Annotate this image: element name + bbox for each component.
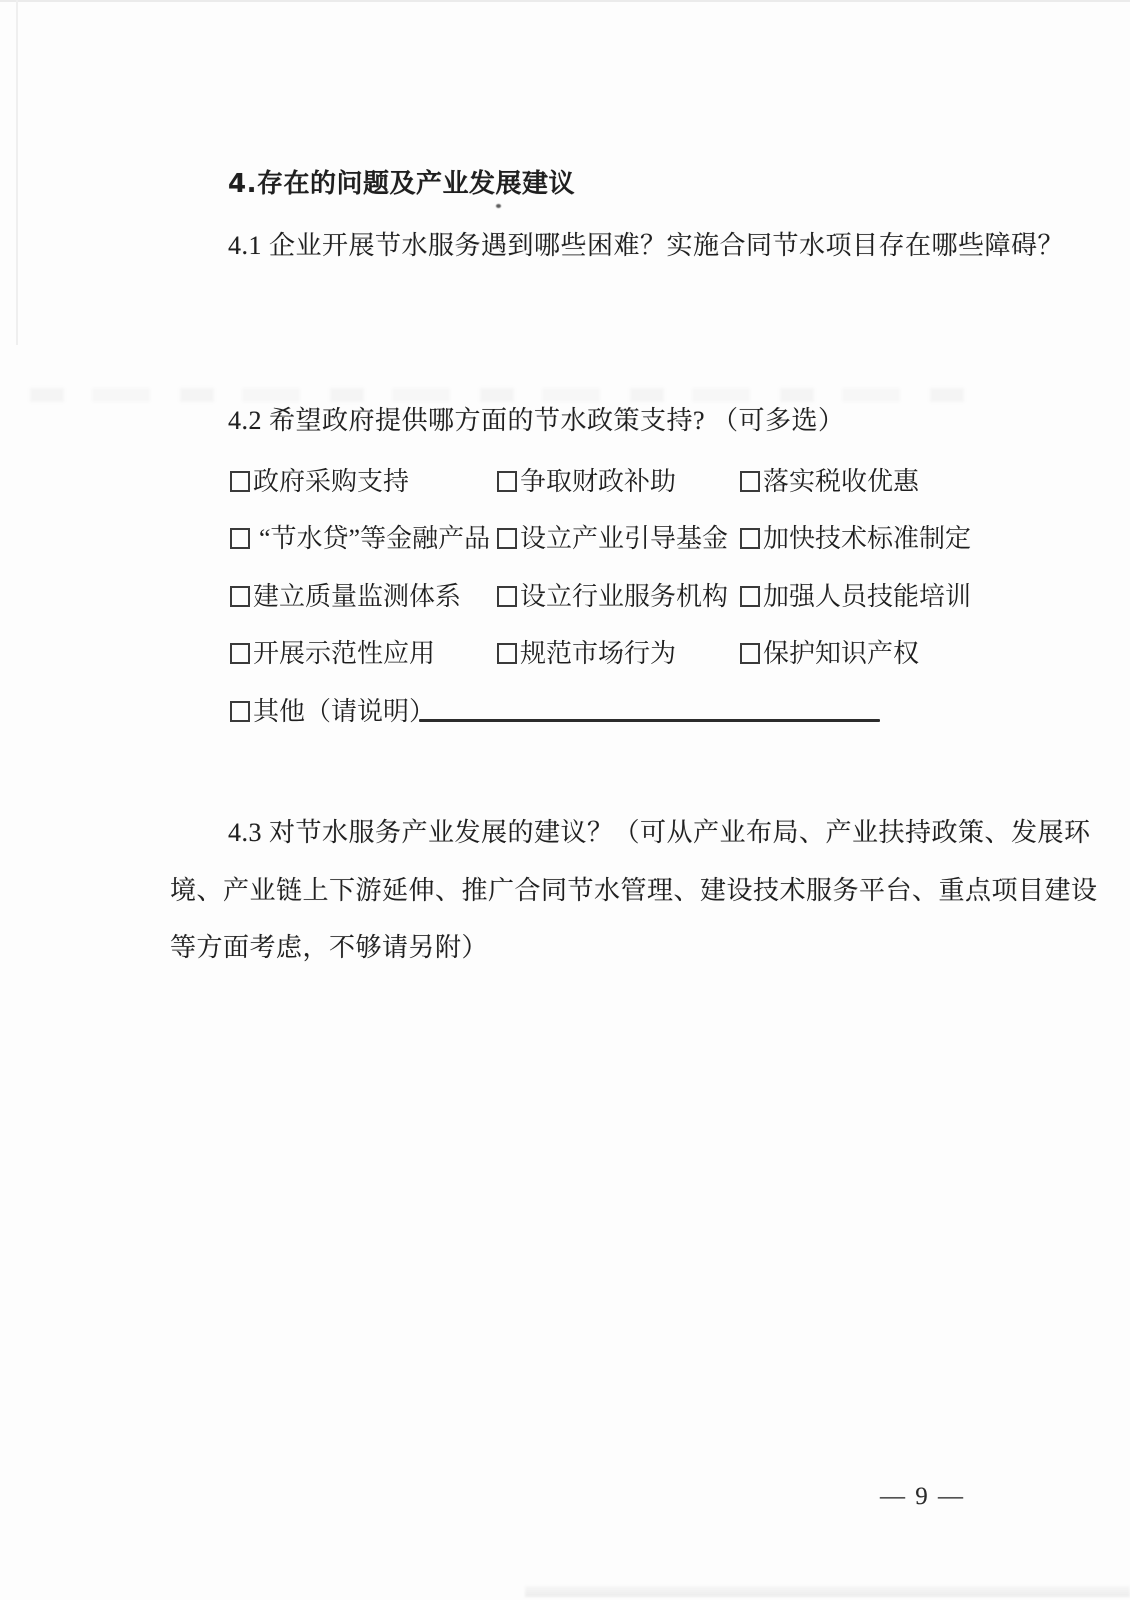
scan-artifact [0, 0, 1130, 2]
scanned-questionnaire-page: 4.存在的问题及产业发展建议 4.1 企业开展节水服务遇到哪些困难？实施合同节水… [0, 0, 1130, 1600]
checkbox-icon [740, 528, 760, 549]
checkbox-icon [497, 528, 517, 549]
question-4-3-line-1: 4.3 对节水服务产业发展的建议？（可从产业布局、产业扶持政策、发展环 [228, 816, 1091, 850]
checkbox-icon [497, 586, 517, 607]
option-label: 设立产业引导基金 [520, 524, 728, 553]
checkbox-icon [497, 471, 517, 492]
option-label: 争取财政补助 [520, 467, 676, 496]
option-skills-training[interactable]: 加强人员技能培训 [740, 576, 971, 613]
scan-artifact [16, 0, 18, 345]
page-number: — 9 — [880, 1483, 965, 1511]
option-label: 加强人员技能培训 [763, 582, 971, 611]
checkbox-icon [230, 528, 250, 549]
option-label: 建立质量监测体系 [253, 582, 461, 611]
option-label: 设立行业服务机构 [520, 582, 728, 611]
option-label: 规范市场行为 [520, 639, 676, 668]
other-input-line[interactable] [419, 719, 880, 722]
option-label: 落实税收优惠 [763, 467, 919, 496]
question-4-2: 4.2 希望政府提供哪方面的节水政策支持? （可多选） [228, 404, 845, 438]
section-title: 4.存在的问题及产业发展建议 [228, 167, 575, 201]
option-ip-protection[interactable]: 保护知识产权 [740, 633, 919, 670]
other-input-value[interactable] [424, 690, 874, 720]
checkbox-icon [740, 586, 760, 607]
scan-artifact [30, 388, 990, 402]
checkbox-icon [740, 471, 760, 492]
option-quality-monitoring[interactable]: 建立质量监测体系 [230, 576, 461, 613]
option-water-saving-loan[interactable]: “节水贷”等金融产品 [230, 518, 490, 555]
option-market-regulation[interactable]: 规范市场行为 [497, 633, 676, 670]
option-label: “节水贷”等金融产品 [259, 524, 490, 553]
scan-artifact [496, 204, 501, 208]
option-label: 保护知识产权 [763, 639, 919, 668]
option-demonstration-application[interactable]: 开展示范性应用 [230, 633, 435, 670]
option-other[interactable]: 其他（请说明） [230, 691, 435, 728]
checkbox-icon [230, 643, 250, 664]
checkbox-icon [230, 701, 250, 722]
option-industry-guidance-fund[interactable]: 设立产业引导基金 [497, 518, 728, 555]
question-4-1: 4.1 企业开展节水服务遇到哪些困难？实施合同节水项目存在哪些障碍？ [228, 229, 1064, 263]
option-label: 政府采购支持 [253, 467, 409, 496]
option-technical-standards[interactable]: 加快技术标准制定 [740, 518, 971, 555]
question-4-3-line-2: 境、产业链上下游延伸、推广合同节水管理、建设技术服务平台、重点项目建设 [170, 874, 1098, 908]
option-label: 开展示范性应用 [253, 639, 435, 668]
question-4-3-line-3: 等方面考虑，不够请另附） [170, 931, 488, 965]
option-label: 其他（请说明） [253, 697, 435, 726]
option-fiscal-subsidy[interactable]: 争取财政补助 [497, 461, 676, 498]
option-gov-procurement[interactable]: 政府采购支持 [230, 461, 409, 498]
checkbox-icon [497, 643, 517, 664]
checkbox-icon [230, 471, 250, 492]
option-industry-service-org[interactable]: 设立行业服务机构 [497, 576, 728, 613]
scan-artifact [525, 1586, 1130, 1597]
checkbox-icon [740, 643, 760, 664]
checkbox-icon [230, 586, 250, 607]
option-label: 加快技术标准制定 [763, 524, 971, 553]
option-tax-preference[interactable]: 落实税收优惠 [740, 461, 919, 498]
